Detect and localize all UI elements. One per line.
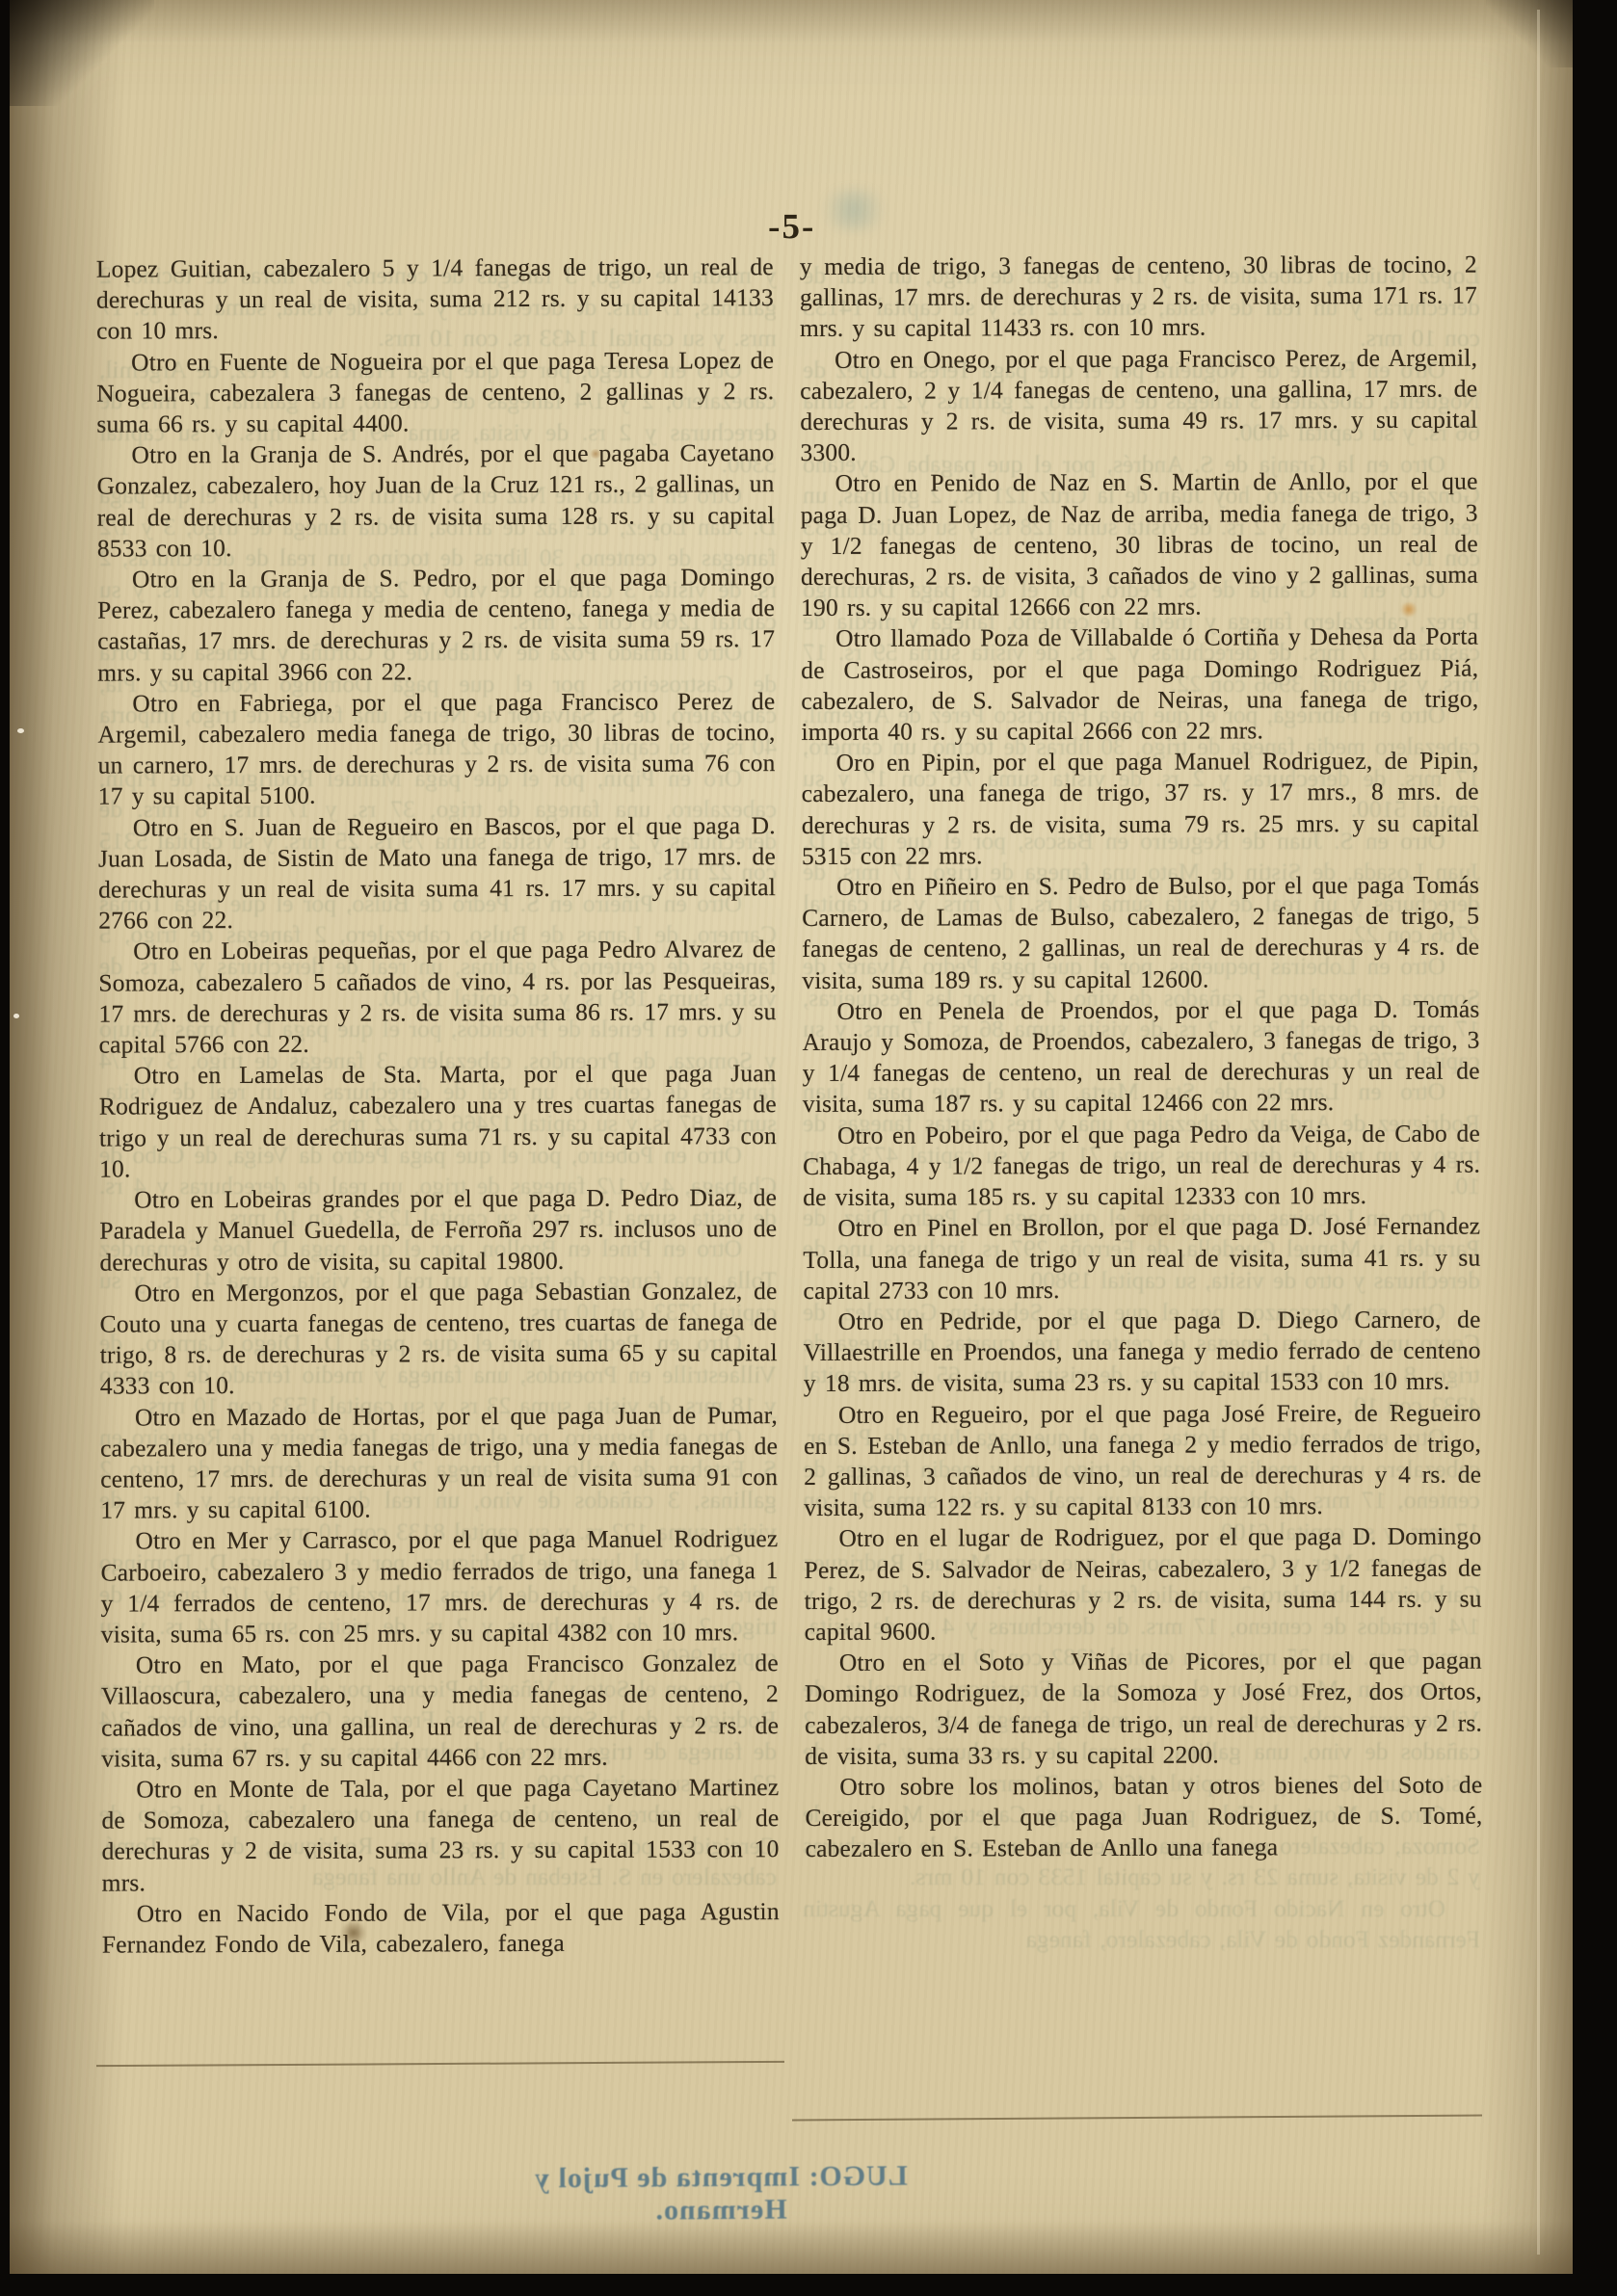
paragraph: Otro sobre los molinos, batan y otros bi…	[805, 1770, 1482, 1865]
paragraph: Otro llamado Poza de Villabalde ó Cortiñ…	[801, 621, 1478, 748]
paragraph: Otro en Penela de Proendos, por el que p…	[802, 993, 1479, 1120]
paragraph: Lopez Guitian, cabezalero 5 y 1/4 fanega…	[96, 251, 774, 347]
text-column-left: Lopez Guitian, cabezalero 5 y 1/4 fanega…	[96, 251, 780, 1961]
text-column-right: y media de trigo, 3 fanegas de centeno, …	[800, 250, 1483, 1865]
paragraph: Otro en el lugar de Rodriguez, por el qu…	[804, 1521, 1481, 1648]
paragraph: Otro en Piñeiro en S. Pedro de Bulso, po…	[802, 870, 1479, 996]
paragraph: Otro en Mazado de Hortas, por el que pag…	[100, 1400, 778, 1526]
printer-imprint-show-through: LUGO: Imprenta de Pujol y Hermano.	[480, 2159, 962, 2228]
paragraph: Otro en Fuente de Nogueira por el que pa…	[96, 345, 774, 440]
paragraph: y media de trigo, 3 fanegas de centeno, …	[800, 250, 1477, 345]
paragraph: Otro en Mergonzos, por el que paga Sebas…	[99, 1276, 777, 1402]
paragraph: Otro en Mer y Carrasco, por el que paga …	[100, 1523, 778, 1649]
scanned-book-page: y media de trigo, 3 fanegas de centeno, …	[0, 0, 1617, 2296]
paragraph: Otro en la Granja de S. Pedro, por el qu…	[97, 562, 775, 688]
page-number: -5-	[739, 206, 845, 248]
paragraph: Otro en Onego, por el que paga Francisco…	[800, 342, 1477, 468]
paragraph: Otro en Lobeiras pequeñas, por el que pa…	[98, 935, 776, 1061]
printed-text-area: -5- Lopez Guitian, cabezalero 5 y 1/4 fa…	[0, 0, 1617, 2296]
paragraph: Otro en Lamelas de Sta. Marta, por el qu…	[99, 1058, 777, 1184]
paragraph: Otro en Monte de Tala, por el que paga C…	[101, 1772, 779, 1898]
paragraph: Otro en la Granja de S. Andrés, por el q…	[96, 437, 774, 564]
paragraph: Otro en Penido de Naz en S. Martin de An…	[801, 466, 1479, 623]
paragraph: Otro en Pobeiro, por el que paga Pedro d…	[803, 1118, 1480, 1213]
paragraph: Oro en Pipin, por el que paga Manuel Rod…	[802, 746, 1479, 872]
paragraph: Otro en Pedride, por el que paga D. Dieg…	[804, 1304, 1481, 1399]
paragraph: Otro en Pinel en Brollon, por el que pag…	[803, 1211, 1480, 1306]
paragraph: Otro en Lobeiras grandes por el que paga…	[99, 1182, 777, 1278]
paragraph: Otro en el Soto y Viñas de Picores, por …	[805, 1646, 1482, 1772]
paragraph: Otro en Mato, por el que paga Francisco …	[101, 1648, 779, 1774]
paragraph: Otro en S. Juan de Regueiro en Bascos, p…	[98, 810, 776, 937]
paragraph: Otro en Fabriega, por el que paga Franci…	[97, 686, 775, 812]
paragraph: Otro en Regueiro, por el que paga José F…	[804, 1397, 1481, 1523]
paragraph: Otro en Nacido Fondo de Vila, por el que…	[102, 1896, 780, 1961]
